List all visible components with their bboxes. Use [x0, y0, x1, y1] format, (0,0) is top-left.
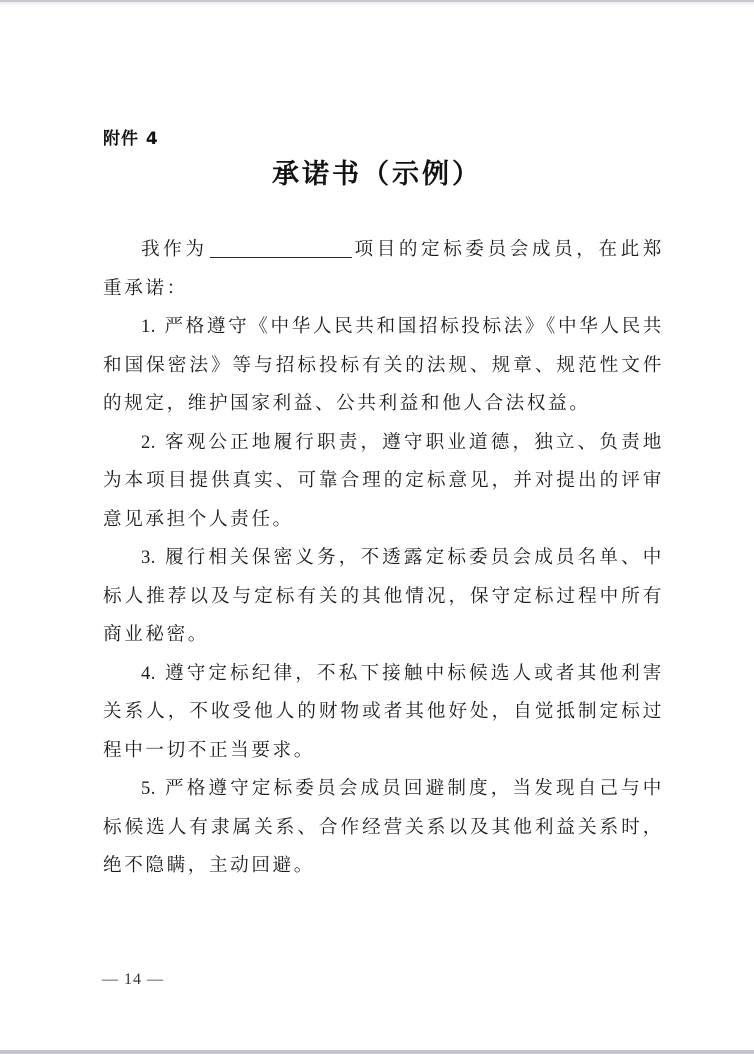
item-text: 履行相关保密义务，不透露定标委员会成员名单、中标人推荐以及与定标有关的其他情况，…: [103, 547, 664, 645]
item-number: 3.: [141, 547, 156, 568]
page-number: — 14 —: [102, 971, 164, 989]
intro-paragraph: 我作为项目的定标委员会成员，在此郑重承诺：: [103, 231, 664, 308]
commitment-item-3: 3. 履行相关保密义务，不透露定标委员会成员名单、中标人推荐以及与定标有关的其他…: [103, 539, 664, 655]
item-text: 严格遵守《中华人民共和国招标投标法》《中华人民共和国保密法》等与招标投标有关的法…: [103, 316, 664, 414]
intro-prefix: 我作为: [141, 239, 208, 260]
item-number: 2.: [141, 432, 156, 453]
document-page: 附件 4 承诺书（示例） 我作为项目的定标委员会成员，在此郑重承诺： 1. 严格…: [0, 0, 754, 1050]
commitment-item-4: 4. 遵守定标纪律，不私下接触中标候选人或者其他利害关系人，不收受他人的财物或者…: [103, 655, 664, 771]
item-text: 客观公正地履行职责，遵守职业道德，独立、负责地为本项目提供真实、可靠合理的定标意…: [103, 432, 664, 530]
commitment-item-1: 1. 严格遵守《中华人民共和国招标投标法》《中华人民共和国保密法》等与招标投标有…: [103, 308, 664, 424]
document-title: 承诺书（示例）: [0, 152, 754, 191]
item-number: 1.: [141, 316, 156, 337]
item-text: 遵守定标纪律，不私下接触中标候选人或者其他利害关系人，不收受他人的财物或者其他好…: [103, 663, 664, 761]
item-text: 严格遵守定标委员会成员回避制度，当发现自己与中标候选人有隶属关系、合作经营关系以…: [103, 778, 664, 876]
attachment-label: 附件 4: [103, 124, 159, 149]
commitment-item-5: 5. 严格遵守定标委员会成员回避制度，当发现自己与中标候选人有隶属关系、合作经营…: [103, 770, 664, 886]
document-body: 我作为项目的定标委员会成员，在此郑重承诺： 1. 严格遵守《中华人民共和国招标投…: [103, 231, 664, 886]
project-name-blank-field[interactable]: [210, 237, 352, 258]
viewer-bottom-border: [0, 1050, 754, 1054]
item-number: 5.: [141, 778, 156, 799]
commitment-item-2: 2. 客观公正地履行职责，遵守职业道德，独立、负责地为本项目提供真实、可靠合理的…: [103, 424, 664, 540]
item-number: 4.: [141, 663, 156, 684]
